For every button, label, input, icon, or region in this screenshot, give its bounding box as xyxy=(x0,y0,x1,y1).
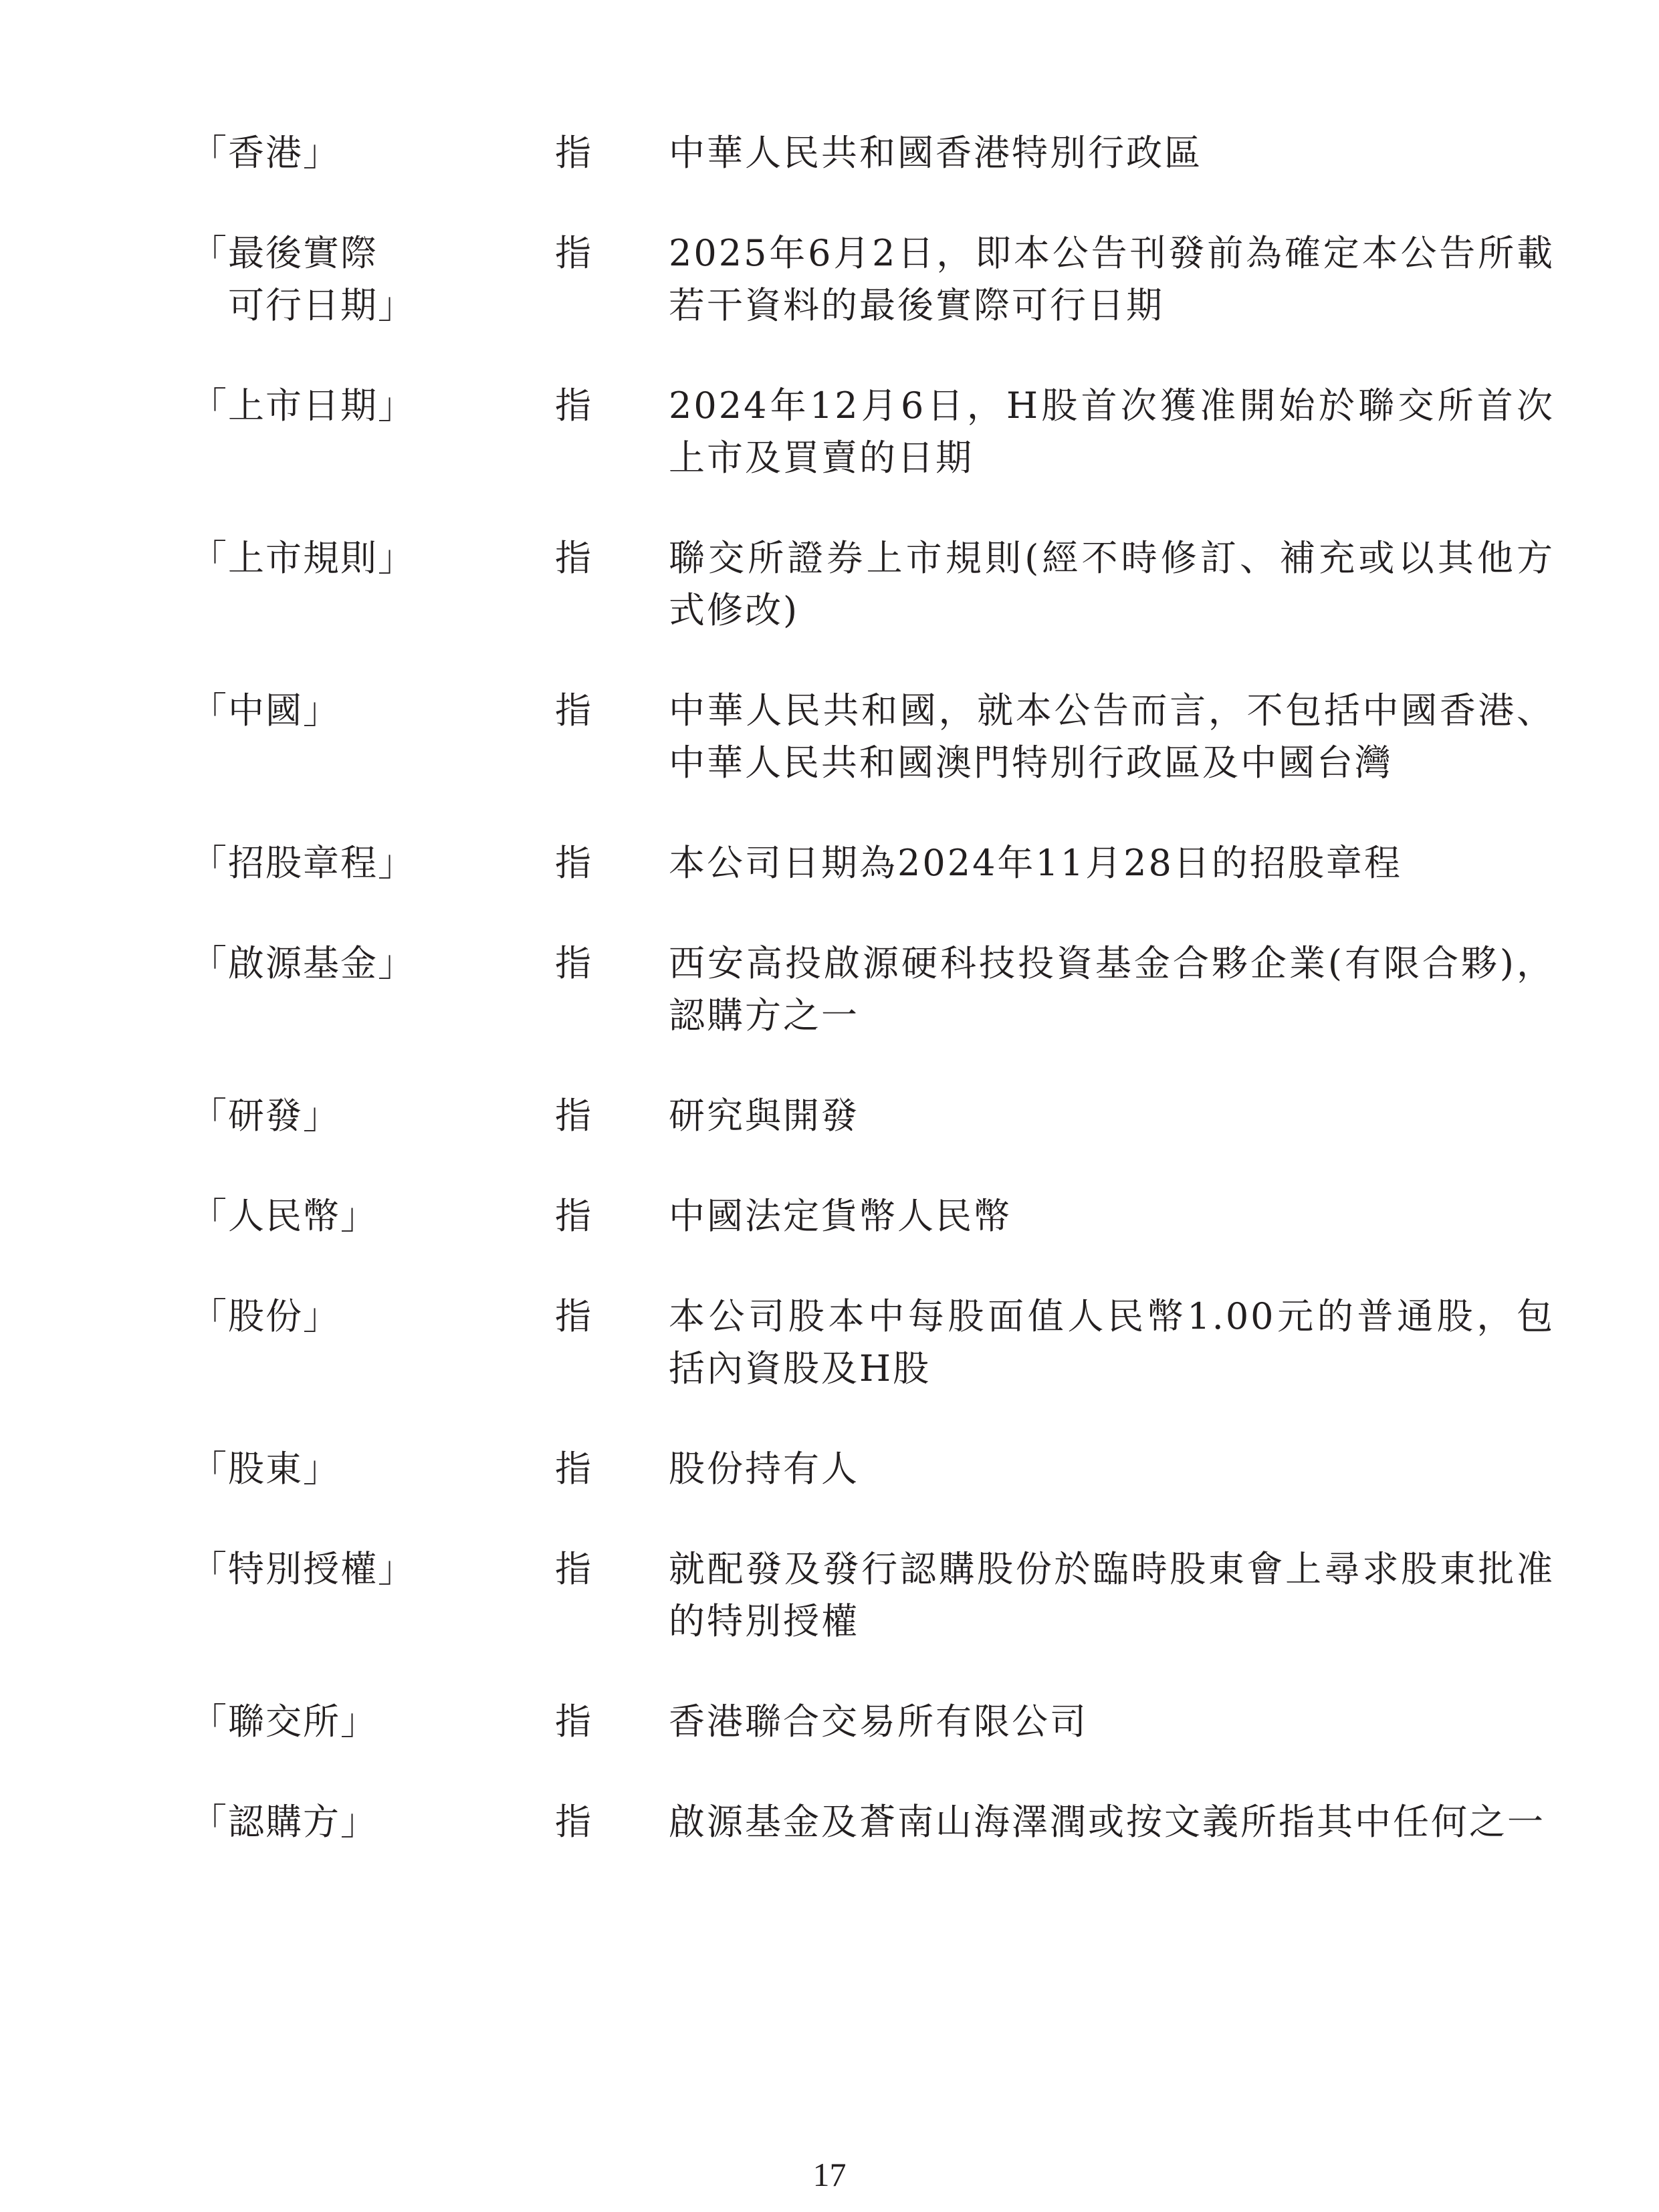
definition-term: 「聯交所」 xyxy=(191,1696,555,1748)
definition-text: 本公司股本中每股面值人民幣1.00元的普通股，包括內資股及H股 xyxy=(669,1291,1555,1395)
definition-text: 2025年6月2日，即本公告刊發前為確定本公告所載若干資料的最後實際可行日期 xyxy=(669,227,1555,332)
definition-text: 研究與開發 xyxy=(669,1090,1555,1142)
definition-term: 「中國」 xyxy=(191,685,555,737)
definition-text: 西安高投啟源硬科技投資基金合夥企業(有限合夥)，認購方之一 xyxy=(669,937,1555,1042)
definition-row-listing-date: 「上市日期」 指 2024年12月6日，H股首次獲准開始於聯交所首次上市及買賣的… xyxy=(191,380,1555,484)
definition-row-listing-rules: 「上市規則」 指 聯交所證券上市規則(經不時修訂、補充或以其他方式修改) xyxy=(191,532,1555,637)
definition-term: 「研發」 xyxy=(191,1090,555,1142)
means-label: 指 xyxy=(555,532,669,584)
means-label: 指 xyxy=(555,127,669,179)
definition-text: 2024年12月6日，H股首次獲准開始於聯交所首次上市及買賣的日期 xyxy=(669,380,1555,484)
definition-row-prospectus: 「招股章程」 指 本公司日期為2024年11月28日的招股章程 xyxy=(191,837,1555,889)
document-page: 「香港」 指 中華人民共和國香港特別行政區 「最後實際 可行日期」 指 2025… xyxy=(0,0,1659,2212)
means-label: 指 xyxy=(555,1291,669,1343)
definition-term: 「特別授權」 xyxy=(191,1543,555,1595)
definition-row-stock-exchange: 「聯交所」 指 香港聯合交易所有限公司 xyxy=(191,1696,1555,1748)
means-label: 指 xyxy=(555,1190,669,1242)
definition-text: 啟源基金及蒼南山海澤潤或按文義所指其中任何之一 xyxy=(669,1796,1555,1848)
definition-text: 股份持有人 xyxy=(669,1443,1555,1495)
definition-row-qiyuan-fund: 「啟源基金」 指 西安高投啟源硬科技投資基金合夥企業(有限合夥)，認購方之一 xyxy=(191,937,1555,1042)
definition-term: 「股東」 xyxy=(191,1443,555,1495)
definition-row-latest-practicable-date: 「最後實際 可行日期」 指 2025年6月2日，即本公告刊發前為確定本公告所載若… xyxy=(191,227,1555,332)
means-label: 指 xyxy=(555,1696,669,1748)
definition-term: 「最後實際 可行日期」 xyxy=(191,227,555,332)
definition-text: 聯交所證券上市規則(經不時修訂、補充或以其他方式修改) xyxy=(669,532,1555,637)
definition-row-rmb: 「人民幣」 指 中國法定貨幣人民幣 xyxy=(191,1190,1555,1242)
means-label: 指 xyxy=(555,1090,669,1142)
definition-text: 就配發及發行認購股份於臨時股東會上尋求股東批准的特別授權 xyxy=(669,1543,1555,1648)
definition-row-r-and-d: 「研發」 指 研究與開發 xyxy=(191,1090,1555,1142)
definition-term: 「香港」 xyxy=(191,127,555,179)
definition-term: 「上市規則」 xyxy=(191,532,555,584)
means-label: 指 xyxy=(555,937,669,990)
definition-row-subscribers: 「認購方」 指 啟源基金及蒼南山海澤潤或按文義所指其中任何之一 xyxy=(191,1796,1555,1848)
definition-row-prc: 「中國」 指 中華人民共和國，就本公告而言，不包括中國香港、中華人民共和國澳門特… xyxy=(191,685,1555,789)
definition-term: 「招股章程」 xyxy=(191,837,555,889)
means-label: 指 xyxy=(555,1796,669,1848)
means-label: 指 xyxy=(555,837,669,889)
definition-text: 中國法定貨幣人民幣 xyxy=(669,1190,1555,1242)
definition-term: 「啟源基金」 xyxy=(191,937,555,990)
definition-term: 「股份」 xyxy=(191,1291,555,1343)
definition-term: 「認購方」 xyxy=(191,1796,555,1848)
means-label: 指 xyxy=(555,380,669,432)
definition-text: 香港聯合交易所有限公司 xyxy=(669,1696,1555,1748)
means-label: 指 xyxy=(555,1443,669,1495)
means-label: 指 xyxy=(555,685,669,737)
page-number: 17 xyxy=(0,2154,1659,2195)
definition-row-shares: 「股份」 指 本公司股本中每股面值人民幣1.00元的普通股，包括內資股及H股 xyxy=(191,1291,1555,1395)
definition-term: 「人民幣」 xyxy=(191,1190,555,1242)
definition-row-shareholders: 「股東」 指 股份持有人 xyxy=(191,1443,1555,1495)
definition-row-hong-kong: 「香港」 指 中華人民共和國香港特別行政區 xyxy=(191,127,1555,179)
definition-text: 本公司日期為2024年11月28日的招股章程 xyxy=(669,837,1555,889)
means-label: 指 xyxy=(555,227,669,280)
definition-text: 中華人民共和國香港特別行政區 xyxy=(669,127,1555,179)
definition-row-specific-mandate: 「特別授權」 指 就配發及發行認購股份於臨時股東會上尋求股東批准的特別授權 xyxy=(191,1543,1555,1648)
definition-text: 中華人民共和國，就本公告而言，不包括中國香港、中華人民共和國澳門特別行政區及中國… xyxy=(669,685,1555,789)
means-label: 指 xyxy=(555,1543,669,1595)
definition-term: 「上市日期」 xyxy=(191,380,555,432)
